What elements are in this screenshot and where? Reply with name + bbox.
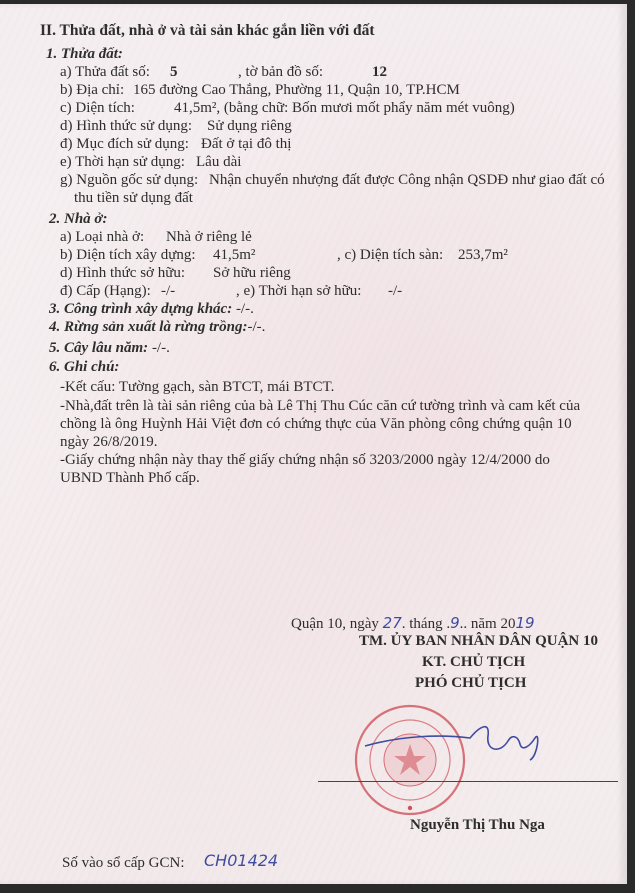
- year-label: năm 20: [471, 616, 516, 632]
- signature-icon: [360, 716, 560, 766]
- signature-line: [318, 781, 618, 782]
- date-day: 27: [383, 614, 402, 632]
- own-term-value: -/-: [388, 282, 402, 300]
- forest: 4. Rừng sản xuất là rừng trồng:-/-.: [49, 318, 265, 336]
- house-type-label: a) Loại nhà ở:: [60, 228, 144, 246]
- note-line: -Nhà,đất trên là tài sản riêng của bà Lê…: [60, 397, 580, 415]
- build-area-label: b) Diện tích xây dựng:: [60, 246, 196, 264]
- registry-value: CH01424: [204, 852, 278, 870]
- other-works: 3. Công trình xây dựng khác: -/-.: [49, 300, 254, 318]
- own-term-label: , e) Thời hạn sở hữu:: [236, 282, 361, 300]
- parcel-value: 5: [170, 63, 178, 81]
- note-line: -Kết cấu: Tường gạch, sàn BTCT, mái BTCT…: [60, 378, 334, 396]
- title-line-1: KT. CHỦ TỊCH: [422, 653, 525, 671]
- issue-date: Quận 10, ngày 27. tháng .9.. năm 2019: [291, 614, 535, 633]
- purpose-label: đ) Mục đích sử dụng:: [60, 135, 189, 153]
- other-works-label: 3. Công trình xây dựng khác:: [49, 301, 232, 317]
- purpose-value: Đất ở tại đô thị: [201, 135, 291, 153]
- note-line: -Giấy chứng nhận này thay thế giấy chứng…: [60, 451, 550, 469]
- area-value: 41,5m², (bằng chữ: Bốn mươi mốt phẩy năm…: [174, 99, 515, 117]
- perennial-value: -/-.: [152, 340, 170, 356]
- notes-heading: 6. Ghi chú:: [49, 358, 119, 376]
- use-form-label: d) Hình thức sử dụng:: [60, 117, 192, 135]
- map-value: 12: [372, 63, 387, 81]
- month-label: tháng: [409, 616, 442, 632]
- note-line: chồng là ông Huỳnh Hải Việt đơn có chứng…: [60, 415, 572, 433]
- floor-area-value: 253,7m²: [458, 246, 508, 264]
- grade-label: đ) Cấp (Hạng):: [60, 282, 151, 300]
- parcel-label: a) Thửa đất số:: [60, 63, 150, 81]
- title-line-2: PHÓ CHỦ TỊCH: [415, 674, 526, 692]
- date-year: 19: [515, 614, 534, 632]
- address-label: b) Địa chỉ:: [60, 81, 124, 99]
- signer-name: Nguyễn Thị Thu Nga: [410, 816, 545, 834]
- note-line: UBND Thành Phố cấp.: [60, 469, 200, 487]
- perennial: 5. Cây lâu năm: -/-.: [49, 339, 170, 357]
- forest-label: 4. Rừng sản xuất là rừng trồng:: [49, 319, 247, 335]
- note-line: ngày 26/8/2019.: [60, 433, 158, 451]
- origin-value-line1: Nhận chuyển nhượng đất được Công nhận QS…: [209, 171, 605, 189]
- use-form-value: Sử dụng riêng: [207, 117, 292, 135]
- date-month: 9: [450, 614, 460, 632]
- build-area-value: 41,5m²: [213, 246, 255, 264]
- certificate-page: II. Thửa đất, nhà ở và tài sản khác gắn …: [0, 4, 627, 884]
- term-label: e) Thời hạn sử dụng:: [60, 153, 185, 171]
- registry-label: Số vào sổ cấp GCN:: [62, 854, 185, 872]
- area-label: c) Diện tích:: [60, 99, 135, 117]
- section-title: II. Thửa đất, nhà ở và tài sản khác gắn …: [40, 22, 375, 40]
- ownership-label: d) Hình thức sở hữu:: [60, 264, 185, 282]
- map-label: , tờ bản đồ số:: [238, 63, 323, 81]
- org-line: TM. ỦY BAN NHÂN DÂN QUẬN 10: [359, 632, 598, 650]
- term-value: Lâu dài: [196, 153, 241, 171]
- forest-value: -/-.: [247, 319, 265, 335]
- perennial-label: 5. Cây lâu năm:: [49, 340, 148, 356]
- grade-value: -/-: [161, 282, 175, 300]
- origin-label: g) Nguồn gốc sử dụng:: [60, 171, 198, 189]
- land-heading: 1. Thửa đất:: [46, 45, 123, 63]
- ownership-value: Sở hữu riêng: [213, 264, 291, 282]
- address-value: 165 đường Cao Thắng, Phường 11, Quận 10,…: [133, 81, 460, 99]
- date-prefix: Quận 10, ngày: [291, 616, 379, 632]
- other-works-value: -/-.: [236, 301, 254, 317]
- house-type-value: Nhà ở riêng lẻ: [166, 228, 252, 246]
- floor-area-label: , c) Diện tích sàn:: [337, 246, 443, 264]
- house-heading: 2. Nhà ở:: [49, 210, 107, 228]
- origin-value-line2: thu tiền sử dụng đất: [74, 189, 193, 207]
